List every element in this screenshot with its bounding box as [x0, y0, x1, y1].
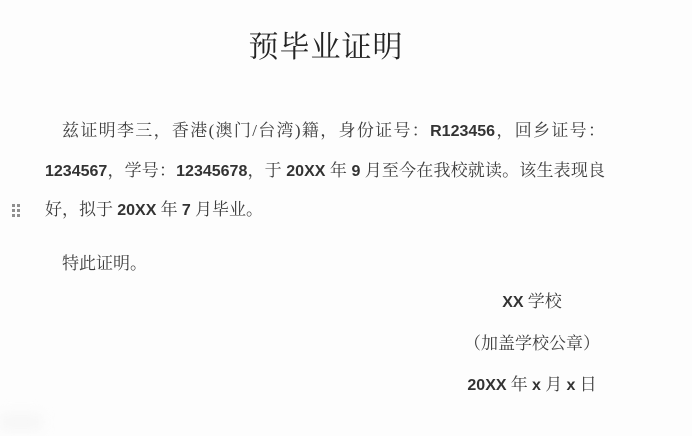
id-number-value: R123456 [430, 123, 495, 140]
text-segment: ，学号： [107, 161, 176, 180]
text-segment: 月毕业。 [191, 200, 263, 219]
text-segment: 月 [541, 375, 567, 394]
text-segment: 年 [156, 200, 182, 219]
text-segment: ，回乡证号： [495, 121, 605, 140]
text-segment: 兹证明李三，香港(澳门/台湾)籍，身份证号： [62, 121, 430, 140]
enrollment-month-value: 9 [351, 163, 360, 180]
text-segment: 学校 [524, 292, 562, 311]
text-segment: 日 [575, 375, 596, 394]
school-name-placeholder: XX [502, 294, 523, 311]
drag-handle-icon[interactable] [12, 204, 15, 207]
certificate-paragraph-main: 兹证明李三，香港(澳门/台湾)籍，身份证号：R123456，回乡证号：12345… [45, 112, 605, 231]
text-segment: ，于 [247, 161, 286, 180]
text-segment: 年 [325, 161, 351, 180]
graduation-month-value: 7 [182, 202, 191, 219]
date-year-value: 20XX [467, 377, 506, 394]
date-day-value: x [566, 377, 575, 394]
text-segment: 年 [507, 375, 533, 394]
graduation-year-value: 20XX [117, 202, 156, 219]
signature-seal-note: （加盖学校公章） [412, 323, 652, 364]
page-corner-shade [0, 413, 42, 431]
date-month-value: x [532, 377, 541, 394]
student-number-value: 12345678 [176, 163, 247, 180]
enrollment-year-value: 20XX [286, 163, 325, 180]
document-title: 预毕业证明 [0, 22, 652, 66]
certificate-page: 预毕业证明 兹证明李三，香港(澳门/台湾)籍，身份证号：R123456，回乡证号… [0, 0, 692, 436]
signature-school-line: XX 学校 [412, 281, 652, 323]
signature-date-line: 20XX 年 x 月 x 日 [412, 364, 652, 406]
signature-block: XX 学校 （加盖学校公章） 20XX 年 x 月 x 日 [412, 281, 652, 406]
certificate-body: 兹证明李三，香港(澳门/台湾)籍，身份证号：R123456，回乡证号：12345… [45, 112, 605, 283]
home-return-permit-number-value: 1234567 [45, 163, 107, 180]
certificate-closing-statement: 特此证明。 [45, 245, 605, 284]
